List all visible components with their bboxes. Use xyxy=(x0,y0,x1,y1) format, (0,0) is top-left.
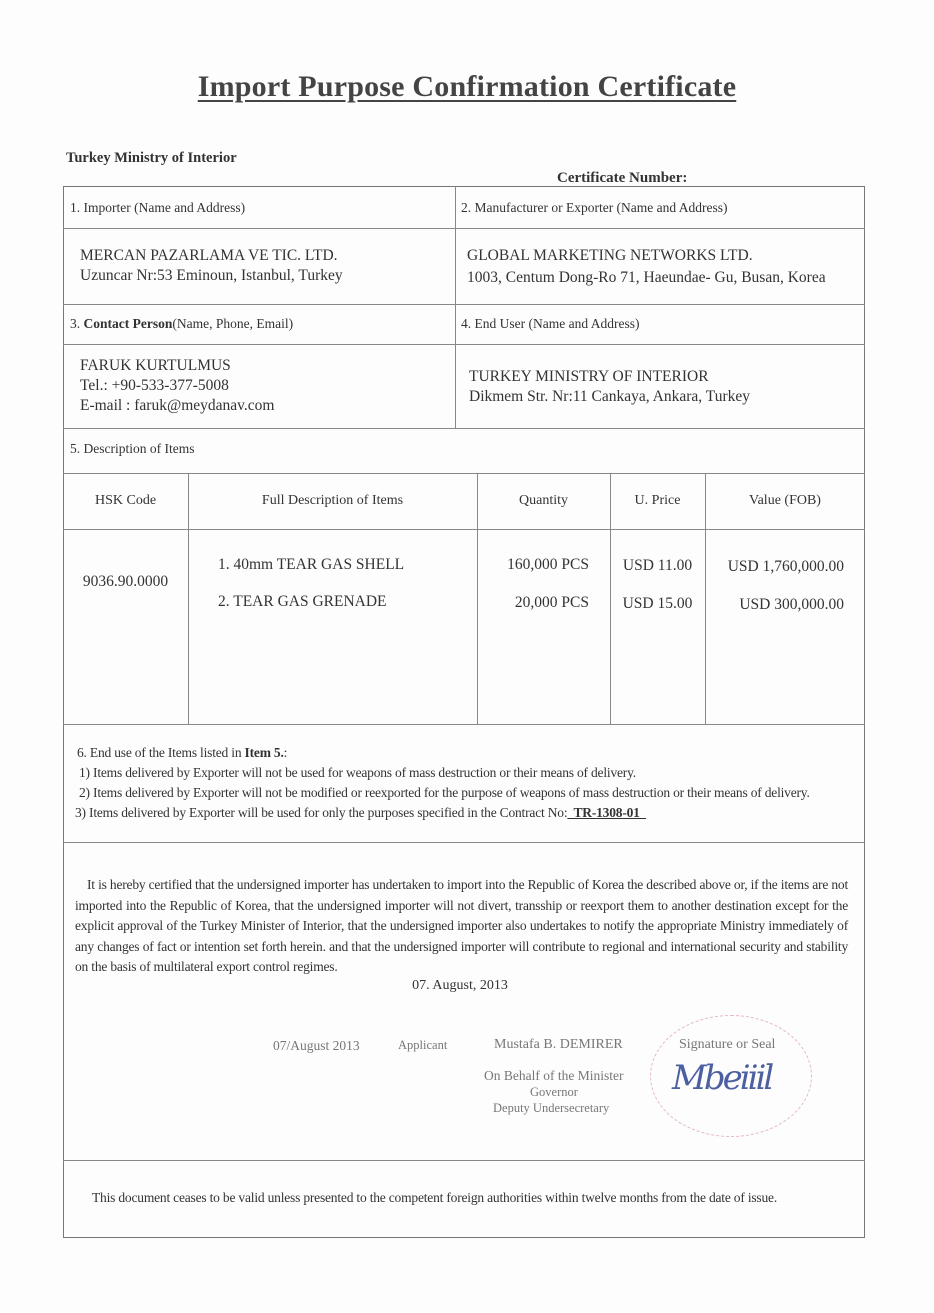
divider xyxy=(188,473,189,724)
end-use-item: 2) Items delivered by Exporter will not … xyxy=(79,785,810,801)
end-use-label: 6. End use of the Items listed in Item 5… xyxy=(77,745,287,761)
contact-phone: Tel.: +90-533-377-5008 xyxy=(80,376,229,396)
validity-note: This document ceases to be valid unless … xyxy=(92,1190,777,1206)
divider xyxy=(63,304,865,305)
divider xyxy=(63,724,865,725)
applicant-date: 07/August 2013 xyxy=(273,1038,360,1054)
item-description: 2. TEAR GAS GRENADE xyxy=(218,592,387,612)
items-label: 5. Description of Items xyxy=(70,441,194,457)
hsk-code: 9036.90.0000 xyxy=(63,572,188,592)
item-value: USD 300,000.00 xyxy=(705,595,844,615)
importer-address: Uzuncar Nr:53 Eminoun, Istanbul, Turkey xyxy=(80,266,343,286)
item-unit-price: USD 15.00 xyxy=(610,594,705,614)
divider xyxy=(63,344,865,345)
item-description: 1. 40mm TEAR GAS SHELL xyxy=(218,555,404,575)
signer-title-deputy: Deputy Undersecretary xyxy=(493,1101,609,1116)
end-user-label: 4. End User (Name and Address) xyxy=(461,316,639,332)
divider xyxy=(63,529,865,530)
contract-number: TR-1308-01 xyxy=(567,805,646,820)
column-header-hsk-code: HSK Code xyxy=(63,493,188,509)
divider xyxy=(455,186,456,428)
issuer-name: Turkey Ministry of Interior xyxy=(66,150,237,167)
divider xyxy=(63,228,865,229)
contact-label: 3. Contact Person(Name, Phone, Email) xyxy=(70,316,293,332)
contact-label-bold: Contact Person xyxy=(84,316,173,331)
column-header-unit-price: U. Price xyxy=(610,493,705,509)
signer-title-governor: Governor xyxy=(530,1085,578,1100)
certification-text: It is hereby certified that the undersig… xyxy=(75,875,848,978)
column-header-description: Full Description of Items xyxy=(188,493,477,509)
certification-date: 07. August, 2013 xyxy=(0,978,920,994)
importer-label: 1. Importer (Name and Address) xyxy=(70,200,245,216)
divider xyxy=(63,1160,865,1161)
on-behalf-text: On Behalf of the Minister xyxy=(484,1068,623,1084)
contact-name: FARUK KURTULMUS xyxy=(80,356,231,376)
contact-email: E-mail : faruk@meydanav.com xyxy=(80,396,274,416)
exporter-name: GLOBAL MARKETING NETWORKS LTD. xyxy=(467,246,753,266)
item-unit-price: USD 11.00 xyxy=(610,556,705,576)
item-quantity: 20,000 PCS xyxy=(477,593,589,613)
certificate-number-label: Certificate Number: xyxy=(557,170,687,187)
exporter-label: 2. Manufacturer or Exporter (Name and Ad… xyxy=(461,200,728,216)
end-use-item: 3) Items delivered by Exporter will be u… xyxy=(75,805,646,821)
divider xyxy=(63,842,865,843)
divider xyxy=(63,428,865,429)
item-quantity: 160,000 PCS xyxy=(477,555,589,575)
signer-name: Mustafa B. DEMIRER xyxy=(494,1037,623,1053)
applicant-label: Applicant xyxy=(398,1038,447,1053)
importer-name: MERCAN PAZARLAMA VE TIC. LTD. xyxy=(80,246,338,266)
column-header-quantity: Quantity xyxy=(477,493,610,509)
document-title: Import Purpose Confirmation Certificate xyxy=(0,70,934,104)
item-value: USD 1,760,000.00 xyxy=(705,557,844,577)
divider xyxy=(63,473,865,474)
end-user-address: Dikmem Str. Nr:11 Cankaya, Ankara, Turke… xyxy=(469,387,750,407)
end-user-name: TURKEY MINISTRY OF INTERIOR xyxy=(469,367,709,387)
exporter-address: 1003, Centum Dong-Ro 71, Haeundae- Gu, B… xyxy=(467,268,826,288)
handwritten-signature: Mbeiiil xyxy=(672,1058,771,1098)
end-use-item: 1) Items delivered by Exporter will not … xyxy=(79,765,636,781)
column-header-value: Value (FOB) xyxy=(705,493,865,509)
signature-label: Signature or Seal xyxy=(679,1037,775,1053)
